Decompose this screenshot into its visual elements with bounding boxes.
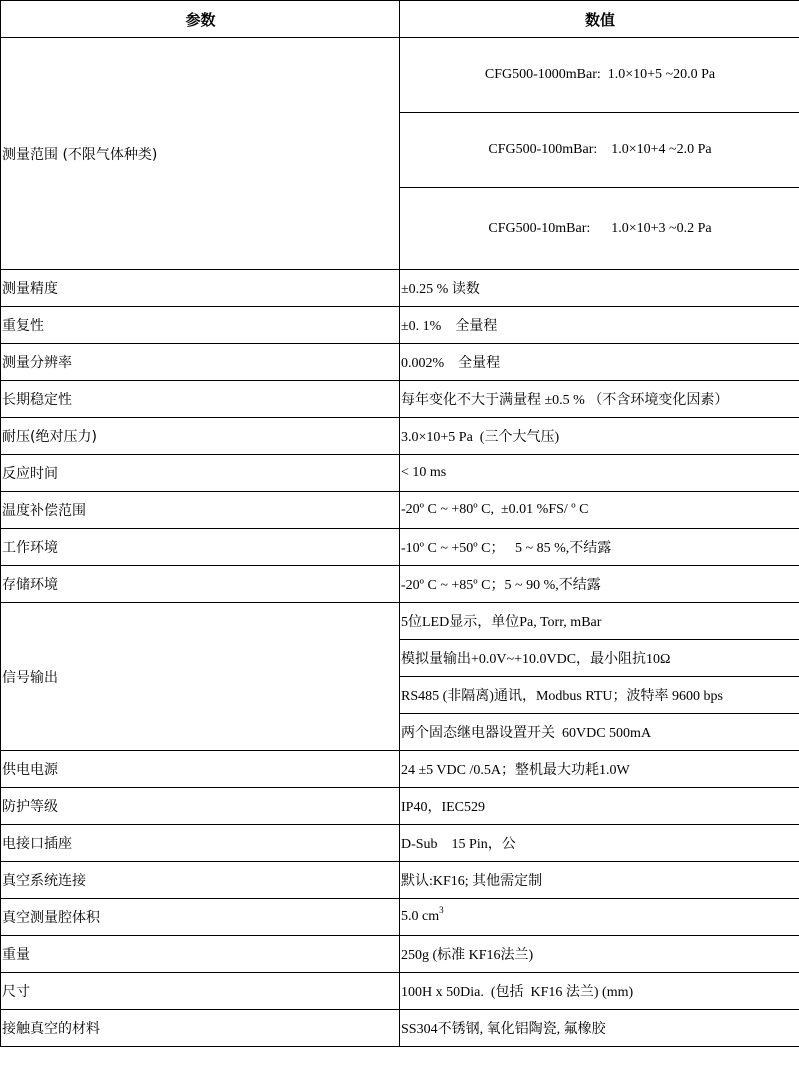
value-analog-output: 模拟量输出+0.0V~+10.0VDC，最小阻抗10Ω [400,640,799,677]
param-value: 250g (标准 KF16法兰) [400,936,799,973]
param-label: 长期稳定性 [1,381,400,418]
table-row-materials: 接触真空的材料 SS304不锈钢, 氧化铝陶瓷, 氟橡胶 [1,1010,799,1047]
table-row-signal-output: 信号输出 5位LED显示，单位Pa, Torr, mBar [1,603,799,640]
table-row-resolution: 测量分辨率 0.002% 全量程 [1,344,799,381]
param-value: -10º C ~ +50º C； 5 ~ 85 %,不结露 [400,529,799,566]
param-label: 反应时间 [1,455,400,492]
param-label: 工作环境 [1,529,400,566]
param-label: 测量分辨率 [1,344,400,381]
param-label: 接触真空的材料 [1,1010,400,1047]
table-row-response-time: 反应时间 < 10 ms [1,455,799,492]
table-row-dimensions: 尺寸 100H x 50Dia. (包括 KF16 法兰) (mm) [1,973,799,1010]
volume-value: 5.0 cm [401,909,439,924]
param-value: 5.0 cm3 [400,899,799,936]
param-value: 24 ±5 VDC /0.5A；整机最大功耗1.0W [400,751,799,788]
table-row-measurement-range: 测量范围 (不限气体种类) CFG500-1000mBar: 1.0×10+5 … [1,38,799,113]
volume-exponent: 3 [439,905,444,915]
table-row-weight: 重量 250g (标准 KF16法兰) [1,936,799,973]
table-row-connector: 电接口插座 D-Sub 15 Pin，公 [1,825,799,862]
param-label: 真空系统连接 [1,862,400,899]
table-row-temp-compensation: 温度补偿范围 -20º C ~ +80º C, ±0.01 %FS/ º C [1,492,799,529]
param-value: 3.0×10+5 Pa (三个大气压) [400,418,799,455]
param-label: 电接口插座 [1,825,400,862]
table-row-stability: 长期稳定性 每年变化不大于满量程 ±0.5 % （不含环境变化因素） [1,381,799,418]
param-label: 供电电源 [1,751,400,788]
header-value: 数值 [400,1,799,38]
table-row-vacuum-connection: 真空系统连接 默认:KF16; 其他需定制 [1,862,799,899]
param-label: 重量 [1,936,400,973]
param-value: IP40，IEC529 [400,788,799,825]
param-label: 耐压(绝对压力) [1,418,400,455]
param-value: < 10 ms [400,455,799,492]
param-label: 测量精度 [1,270,400,307]
header-param: 参数 [1,1,400,38]
param-value: SS304不锈钢, 氧化铝陶瓷, 氟橡胶 [400,1010,799,1047]
table-row-accuracy: 测量精度 ±0.25 % 读数 [1,270,799,307]
table-row-repeatability: 重复性 ±0. 1% 全量程 [1,307,799,344]
param-label: 存储环境 [1,566,400,603]
param-label: 防护等级 [1,788,400,825]
param-signal-output: 信号输出 [1,603,400,751]
value-led-display: 5位LED显示，单位Pa, Torr, mBar [400,603,799,640]
param-value: 每年变化不大于满量程 ±0.5 % （不含环境变化因素） [400,381,799,418]
table-row-working-env: 工作环境 -10º C ~ +50º C； 5 ~ 85 %,不结露 [1,529,799,566]
param-label: 真空测量腔体积 [1,899,400,936]
table-row-power-supply: 供电电源 24 ±5 VDC /0.5A；整机最大功耗1.0W [1,751,799,788]
table-row-storage-env: 存储环境 -20º C ~ +85º C；5 ~ 90 %,不结露 [1,566,799,603]
value-relay: 两个固态继电器设置开关 60VDC 500mA [400,714,799,751]
value-range-10mbar: CFG500-10mBar: 1.0×10+3 ~0.2 Pa [400,188,799,270]
value-range-100mbar: CFG500-100mBar: 1.0×10+4 ~2.0 Pa [400,113,799,188]
param-value: -20º C ~ +80º C, ±0.01 %FS/ º C [400,492,799,529]
param-measurement-range: 测量范围 (不限气体种类) [1,38,400,270]
table-row-pressure-resistance: 耐压(绝对压力) 3.0×10+5 Pa (三个大气压) [1,418,799,455]
value-rs485: RS485 (非隔离)通讯，Modbus RTU；波特率 9600 bps [400,677,799,714]
param-label: 尺寸 [1,973,400,1010]
header-row: 参数 数值 [1,1,799,38]
value-range-1000mbar: CFG500-1000mBar: 1.0×10+5 ~20.0 Pa [400,38,799,113]
param-value: -20º C ~ +85º C；5 ~ 90 %,不结露 [400,566,799,603]
param-value: 100H x 50Dia. (包括 KF16 法兰) (mm) [400,973,799,1010]
param-value: ±0. 1% 全量程 [400,307,799,344]
param-value: 0.002% 全量程 [400,344,799,381]
table-row-chamber-volume: 真空测量腔体积 5.0 cm3 [1,899,799,936]
param-label: 重复性 [1,307,400,344]
spec-table: 参数 数值 测量范围 (不限气体种类) CFG500-1000mBar: 1.0… [0,0,799,1047]
param-label: 温度补偿范围 [1,492,400,529]
param-value: 默认:KF16; 其他需定制 [400,862,799,899]
param-value: ±0.25 % 读数 [400,270,799,307]
param-value: D-Sub 15 Pin，公 [400,825,799,862]
table-row-protection: 防护等级 IP40，IEC529 [1,788,799,825]
